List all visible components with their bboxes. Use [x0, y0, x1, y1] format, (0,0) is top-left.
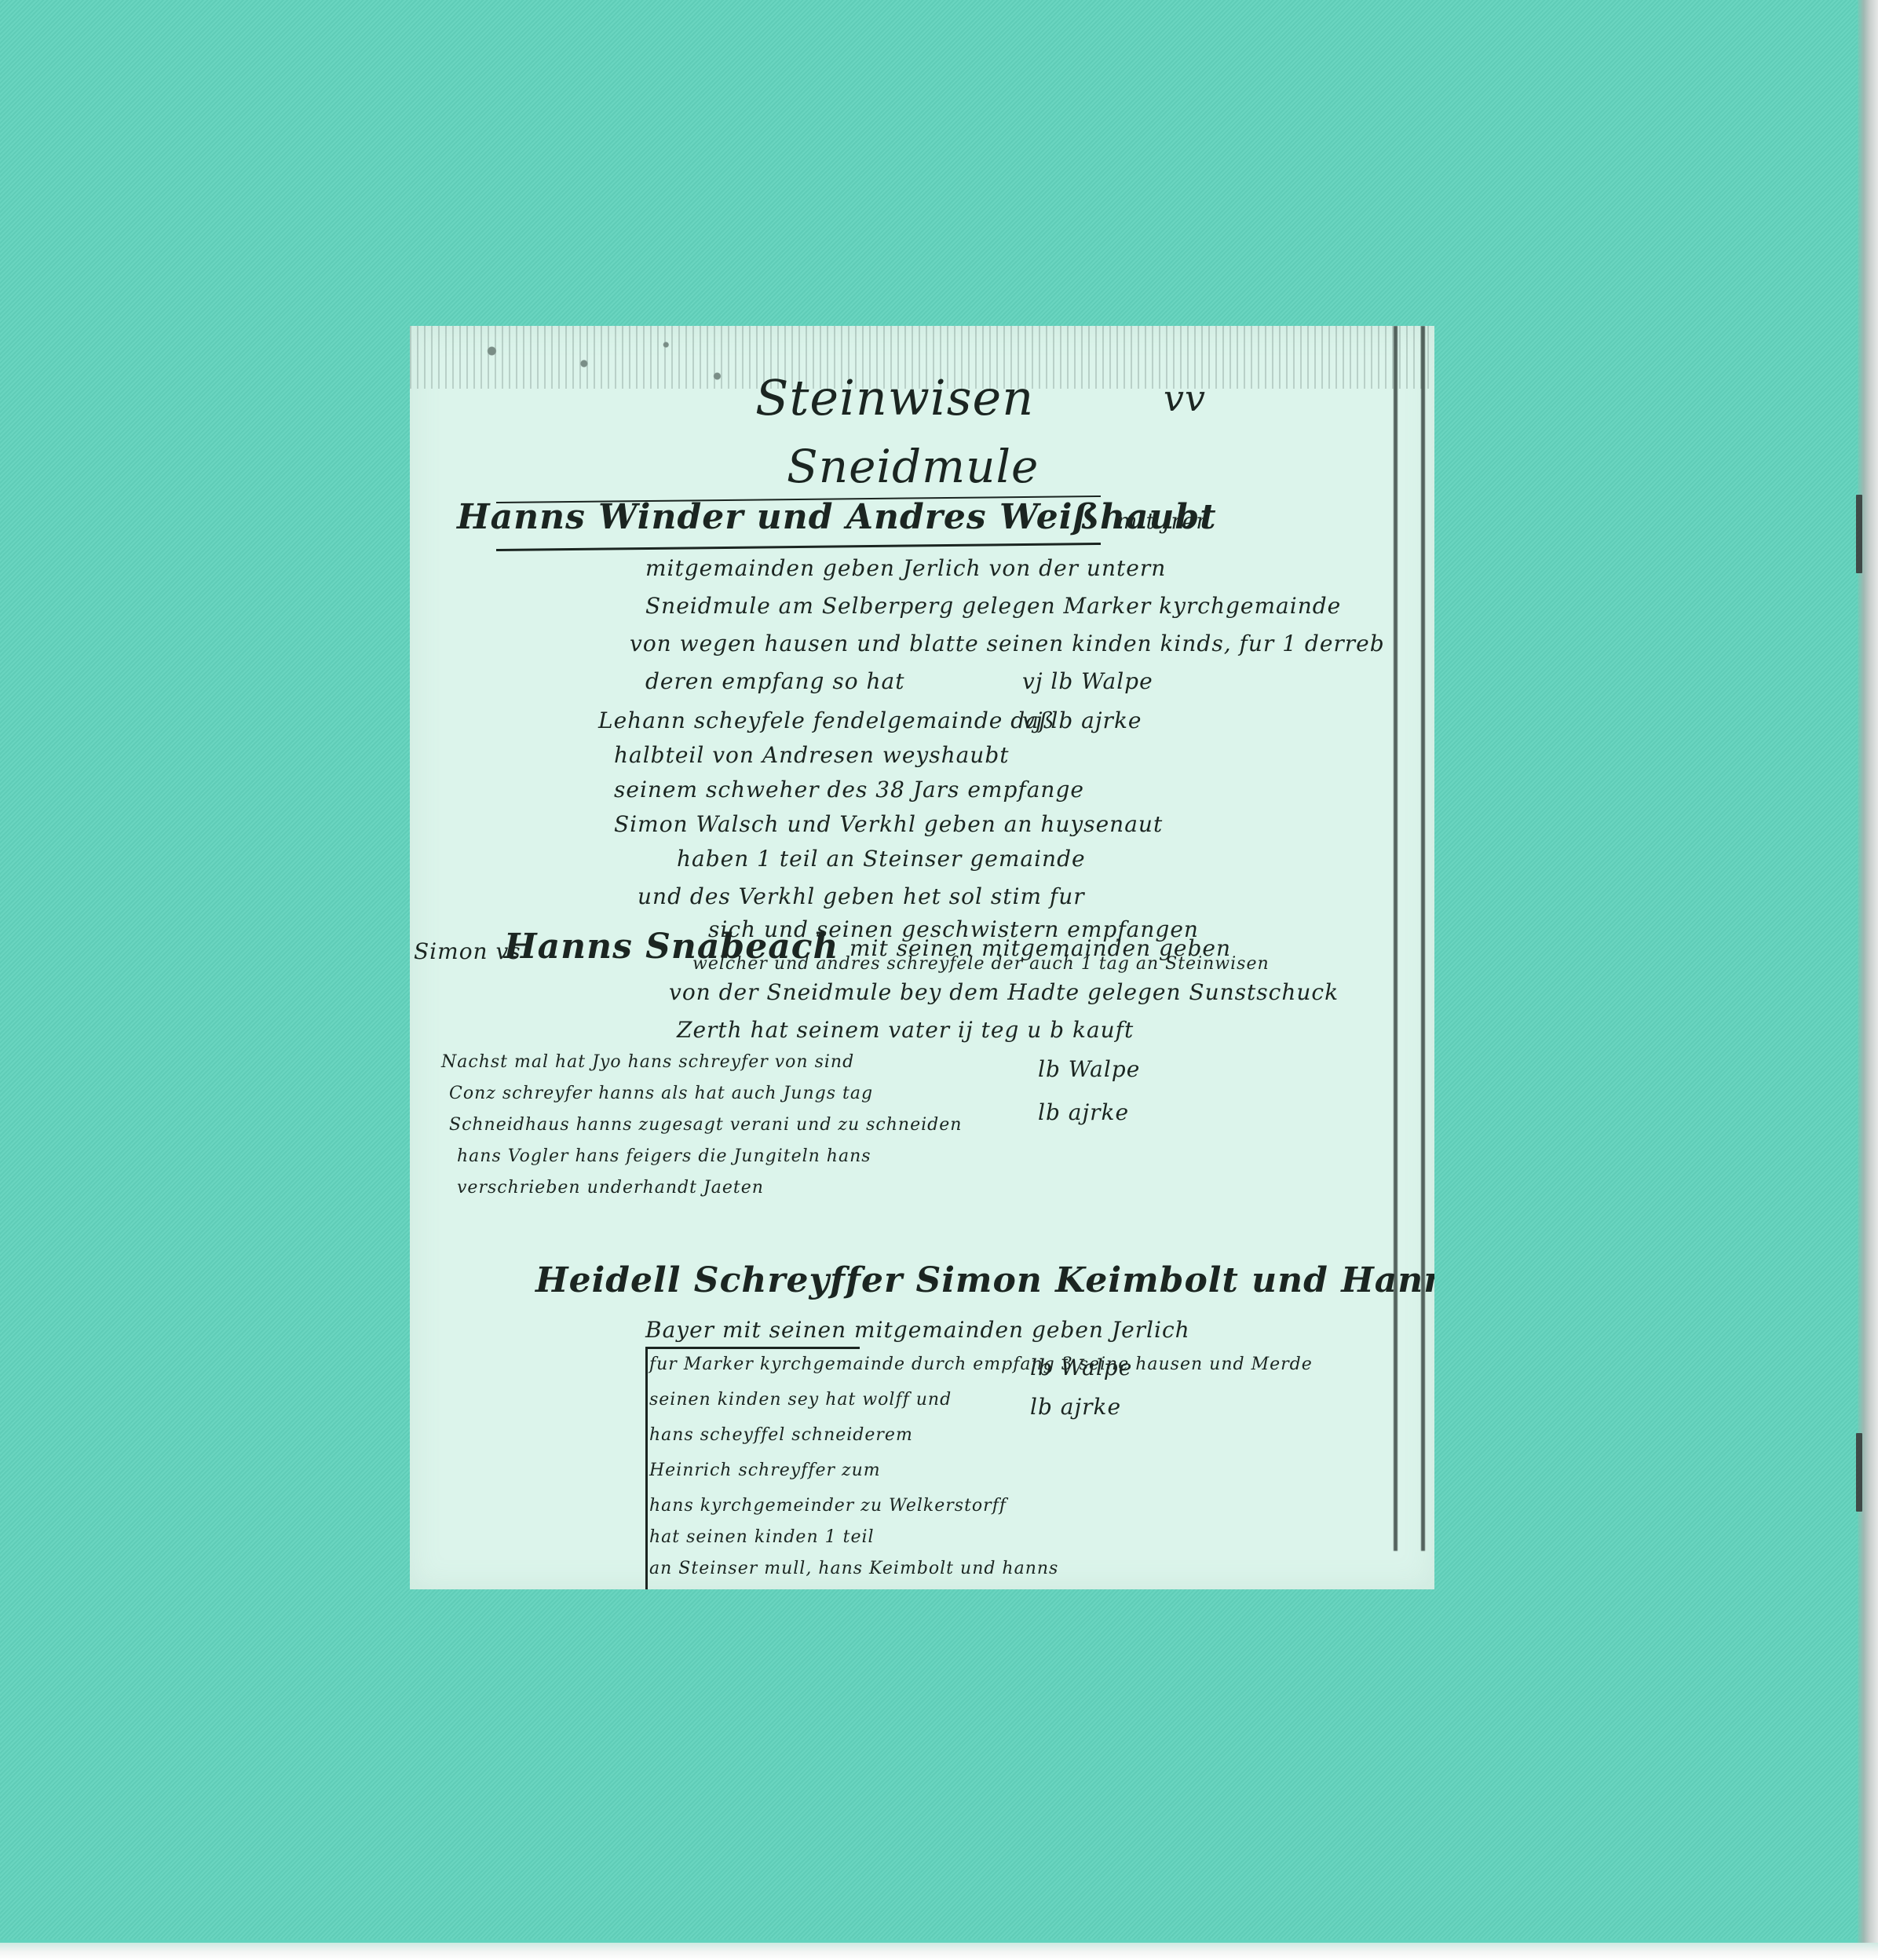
manuscript-binding-edge: [1394, 326, 1425, 1551]
entry-2-heading-suffix: mit seinen mitgemainden geben: [849, 935, 1231, 961]
entry-2-side-note: hans Vogler hans feigers die Jungiteln h…: [457, 1146, 871, 1166]
entry-3-amount: lb ajrke: [1030, 1394, 1121, 1420]
entry-3-line: an Steinser mull, hans Keimbolt und hann…: [649, 1559, 1058, 1578]
entry-3-line: hans kyrchgemeinder zu Welkerstorff: [649, 1496, 1007, 1516]
entry-2-side-note: Nachst mal hat Jyo hans schreyfer von si…: [441, 1052, 854, 1072]
manuscript-facsimile: Steinwisen vv Sneidmule Hanns Winder und…: [410, 326, 1434, 1589]
entry-1-line: halbteil von Andresen weyshaubt: [614, 742, 1010, 768]
entry-1-line: deren empfang so hat: [645, 668, 904, 694]
manuscript-title: Steinwisen: [755, 369, 1034, 426]
entry-3-line: hans scheyffel schneiderem: [649, 1425, 913, 1445]
entry-3-line: fur Marker kyrchgemainde durch empfang 3…: [649, 1355, 1313, 1374]
entry-2-heading: Hanns Snabeach: [504, 927, 839, 967]
entry-3-line: Bayer mit seinen mitgemainden geben Jerl…: [645, 1317, 1190, 1343]
entry-1-amount: vj lb Walpe: [1022, 668, 1153, 694]
entry-2-line: von der Sneidmule bey dem Hadte gelegen …: [669, 979, 1339, 1005]
folio-number: vv: [1164, 377, 1206, 419]
entry-2-amount: lb Walpe: [1038, 1056, 1140, 1082]
entry-1-line: und des Verkhl geben het sol stim fur: [638, 883, 1085, 909]
entry-3-amount: lb Walpe: [1030, 1355, 1132, 1380]
entry-3-heading: Heidell Schreyffer Simon Keimbolt und Ha…: [535, 1260, 1434, 1300]
entry-1-line: Sneidmule am Selberperg gelegen Marker k…: [645, 593, 1341, 619]
entry-2-side-note: Schneidhaus hanns zugesagt verani und zu…: [449, 1115, 962, 1135]
entry-1-heading: Hanns Winder und Andres Weißhaubt: [457, 497, 1217, 537]
entry-1-line: von wegen hausen und blatte seinen kinde…: [630, 631, 1385, 656]
entry-2-side-note: Conz schreyfer hanns als hat auch Jungs …: [449, 1084, 873, 1103]
scanner-bottom-edge: [0, 1943, 1878, 1960]
entry-1-line: haben 1 teil an Steinser gemainde: [677, 846, 1086, 872]
entry-1-line: mitgemainden geben Jerlich von der unter…: [645, 555, 1166, 581]
book-binding-edge: [1858, 0, 1878, 1960]
binding-staple: [1856, 1433, 1862, 1512]
entry-3-line: seinen kinden sey hat wolff und: [649, 1390, 952, 1410]
manuscript-subtitle: Sneidmule: [787, 440, 1039, 493]
entry-1-amount: vj lb ajrke: [1022, 708, 1142, 733]
entry-3-line: hat seinen kinden 1 teil: [649, 1527, 875, 1547]
entry-2-amount: lb ajrke: [1038, 1099, 1129, 1125]
entry-2-line: Zerth hat seinem vater ij teg u b kauft: [677, 1017, 1134, 1043]
entry-1-heading-suffix: mit jren: [1116, 508, 1211, 534]
binding-staple: [1856, 495, 1862, 573]
entry-1-line: Simon Walsch und Verkhl geben an huysena…: [614, 811, 1163, 837]
entry-1-line: seinem schweher des 38 Jars empfange: [614, 777, 1084, 803]
entry-3-line: Heinrich schreyffer zum: [649, 1461, 881, 1480]
entry-2-side-note: verschrieben underhandt Jaeten: [457, 1178, 764, 1198]
entry-1-line: Lehann scheyfele fendelgemainde daß: [598, 708, 1055, 733]
